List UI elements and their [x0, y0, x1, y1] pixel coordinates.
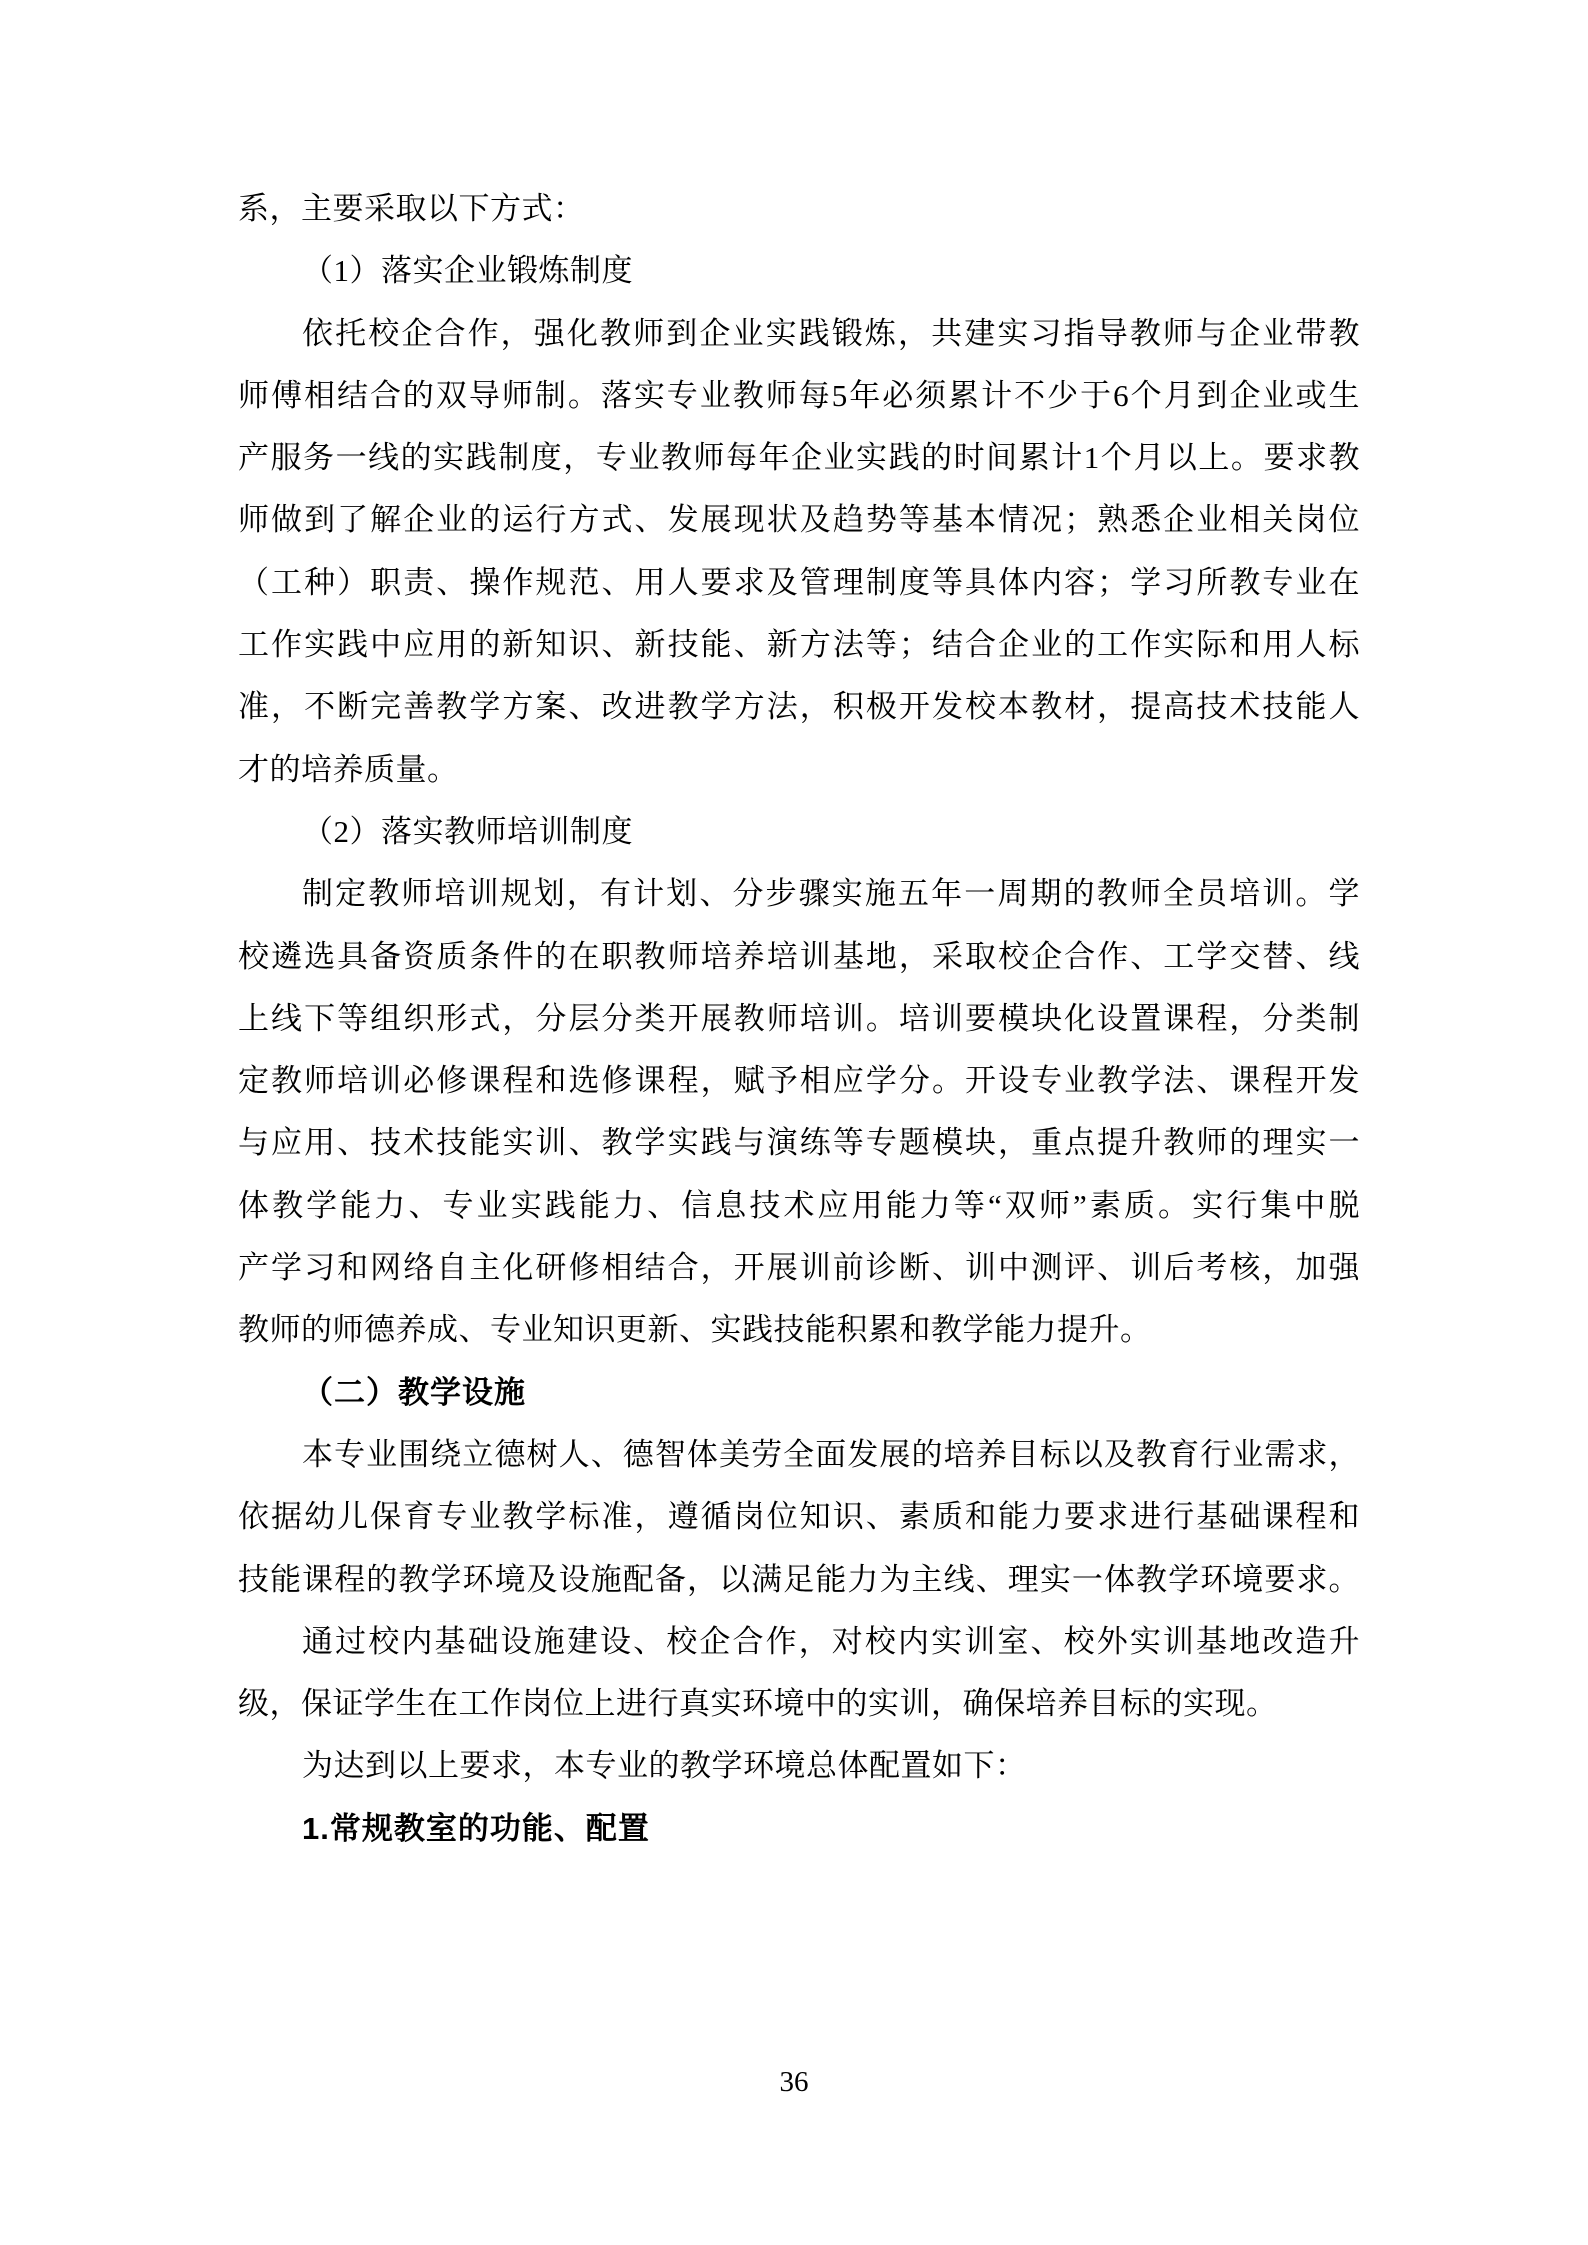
text-line: （工种）职责、操作规范、用人要求及管理制度等具体内容；学习所教专业在: [238, 552, 1360, 614]
text-line: 技能课程的教学环境及设施配备，以满足能力为主线、理实一体教学环境要求。: [238, 1549, 1360, 1611]
text-line: 产学习和网络自主化研修相结合，开展训前诊断、训中测评、训后考核，加强: [238, 1237, 1360, 1299]
text-line: 体教学能力、专业实践能力、信息技术应用能力等“双师”素质。实行集中脱: [238, 1175, 1360, 1237]
text-line: 依据幼儿保育专业教学标准，遵循岗位知识、素质和能力要求进行基础课程和: [238, 1486, 1360, 1548]
text-line: 上线下等组织形式，分层分类开展教师培训。培训要模块化设置课程，分类制: [238, 988, 1360, 1050]
text-line: 师傅相结合的双导师制。落实专业教师每5年必须累计不少于6个月到企业或生: [238, 365, 1360, 427]
text-line: 校遴选具备资质条件的在职教师培养培训基地，采取校企合作、工学交替、线: [238, 926, 1360, 988]
text-line: 才的培养质量。: [238, 739, 1360, 801]
document-page: 系，主要采取以下方式：（1）落实企业锻炼制度依托校企合作，强化教师到企业实践锻炼…: [0, 0, 1588, 2245]
heading-line: （二）教学设施: [238, 1362, 1360, 1424]
text-line: 依托校企合作，强化教师到企业实践锻炼，共建实习指导教师与企业带教: [238, 303, 1360, 365]
text-line: （1）落实企业锻炼制度: [238, 240, 1360, 302]
text-line: 工作实践中应用的新知识、新技能、新方法等；结合企业的工作实际和用人标: [238, 614, 1360, 676]
page-number: 36: [0, 2062, 1588, 2102]
text-line: 为达到以上要求，本专业的教学环境总体配置如下：: [238, 1735, 1360, 1797]
heading-line: 1.常规教室的功能、配置: [238, 1798, 1360, 1860]
text-line: 通过校内基础设施建设、校企合作，对校内实训室、校外实训基地改造升: [238, 1611, 1360, 1673]
text-line: 与应用、技术技能实训、教学实践与演练等专题模块，重点提升教师的理实一: [238, 1112, 1360, 1174]
text-line: 本专业围绕立德树人、德智体美劳全面发展的培养目标以及教育行业需求，: [238, 1424, 1360, 1486]
text-line: 师做到了解企业的运行方式、发展现状及趋势等基本情况；熟悉企业相关岗位: [238, 489, 1360, 551]
text-line: 级，保证学生在工作岗位上进行真实环境中的实训，确保培养目标的实现。: [238, 1673, 1360, 1735]
text-line: 准，不断完善教学方案、改进教学方法，积极开发校本教材，提高技术技能人: [238, 676, 1360, 738]
text-line: 教师的师德养成、专业知识更新、实践技能积累和教学能力提升。: [238, 1299, 1360, 1361]
document-lines: 系，主要采取以下方式：（1）落实企业锻炼制度依托校企合作，强化教师到企业实践锻炼…: [238, 178, 1360, 1860]
text-line: 系，主要采取以下方式：: [238, 178, 1360, 240]
text-line: 定教师培训必修课程和选修课程，赋予相应学分。开设专业教学法、课程开发: [238, 1050, 1360, 1112]
text-line: 产服务一线的实践制度，专业教师每年企业实践的时间累计1个月以上。要求教: [238, 427, 1360, 489]
text-line: 制定教师培训规划，有计划、分步骤实施五年一周期的教师全员培训。学: [238, 863, 1360, 925]
text-line: （2）落实教师培训制度: [238, 801, 1360, 863]
